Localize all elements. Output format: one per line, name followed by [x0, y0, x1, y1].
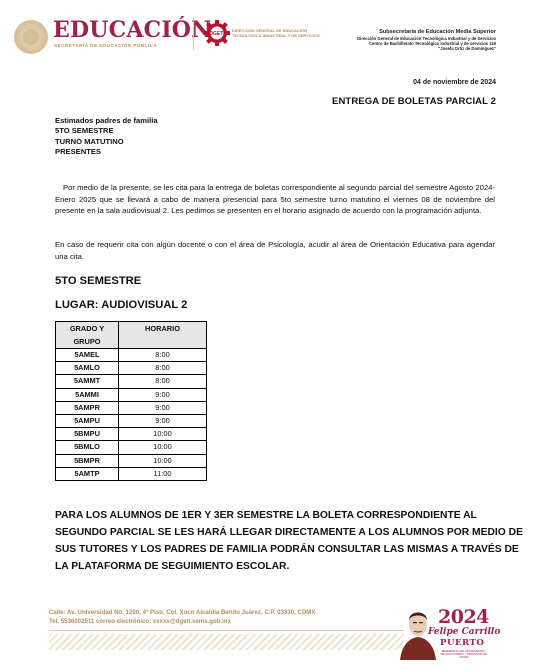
group-cell: 5AMPR: [56, 401, 119, 414]
time-cell: 8:00: [119, 349, 207, 362]
honoree-name-line-1: Felipe Carrillo: [428, 627, 500, 637]
schedule-table-body: 5AMEL8:005AMLO8:005AMMT8:005AMMI9:005AMP…: [56, 349, 207, 481]
honoree-name-line-2: PUERTO: [440, 638, 484, 648]
table-row: 5AMTP11:00: [56, 467, 207, 480]
table-row: 5AMMI9:00: [56, 388, 207, 401]
svg-text:DGETI: DGETI: [209, 31, 225, 37]
column-header-time: HORARIO: [119, 322, 207, 349]
body-paragraph-2: En caso de requerir cita con algún docen…: [55, 239, 495, 262]
footer-address-block: Calle: Av. Universidad No. 1200, 4° Piso…: [49, 609, 315, 626]
table-row: 5BMPU10:00: [56, 428, 207, 441]
dgeti-gear-logo-icon: DGETI: [204, 20, 230, 46]
group-cell: 5BMLO: [56, 441, 119, 454]
column-header-group: GRADO Y GRUPO: [56, 322, 119, 349]
group-cell: 5BMPU: [56, 428, 119, 441]
footer-contact: Tel. 5536002511 correo electrónico: xxxx…: [49, 618, 315, 627]
agency-title: EDUCACIÓN: [53, 18, 212, 42]
document-title: ENTREGA DE BOLETAS PARCIAL 2: [332, 96, 496, 107]
time-cell: 8:00: [119, 375, 207, 388]
greeting-line: TURNO MATUTINO: [55, 137, 158, 147]
time-cell: 10:00: [119, 428, 207, 441]
group-cell: 5AMLO: [56, 362, 119, 375]
schedule-table: GRADO Y GRUPO HORARIO 5AMEL8:005AMLO8:00…: [55, 321, 207, 481]
dgeti-line-2: TECNOLÓGICA INDUSTRIAL Y DE SERVICIOS: [232, 33, 320, 38]
time-cell: 10:00: [119, 454, 207, 467]
time-cell: 9:00: [119, 388, 207, 401]
notice-paragraph: PARA LOS ALUMNOS DE 1ER Y 3ER SEMESTRE L…: [55, 507, 525, 575]
time-cell: 11:00: [119, 467, 207, 480]
time-cell: 9:00: [119, 415, 207, 428]
institution-block: Subsecretaría de Educación Media Superio…: [357, 29, 496, 51]
table-row: 5AMEL8:00: [56, 349, 207, 362]
institution-line-1: Subsecretaría de Educación Media Superio…: [357, 29, 496, 36]
dgeti-name: DIRECCIÓN GENERAL DE EDUCACIÓN TECNOLÓGI…: [232, 28, 320, 38]
group-cell: 5AMMI: [56, 388, 119, 401]
document-date: 04 de noviembre de 2024: [413, 79, 496, 86]
greeting-line: 5TO SEMESTRE: [55, 126, 158, 136]
footer-divider: [49, 630, 404, 631]
location-heading: LUGAR: AUDIOVISUAL 2: [55, 299, 187, 311]
time-cell: 10:00: [119, 441, 207, 454]
greeting-line: Estimados padres de familia: [55, 116, 158, 126]
table-row: 5BMPR10:00: [56, 454, 207, 467]
table-row: 5BMLO10:00: [56, 441, 207, 454]
group-cell: 5AMEL: [56, 349, 119, 362]
greeting-block: Estimados padres de familia 5TO SEMESTRE…: [55, 116, 158, 158]
year-2024-logo: 2024: [438, 607, 489, 627]
group-cell: 5AMTP: [56, 467, 119, 480]
table-row: 5AMPR9:00: [56, 401, 207, 414]
group-cell: 5AMMT: [56, 375, 119, 388]
group-cell: 5AMPU: [56, 415, 119, 428]
header-divider: [193, 18, 194, 50]
time-cell: 9:00: [119, 401, 207, 414]
footer-address: Calle: Av. Universidad No. 1200, 4° Piso…: [49, 609, 315, 618]
agency-subtitle: SECRETARÍA DE EDUCACIÓN PÚBLICA: [54, 43, 157, 48]
table-header-row: GRADO Y GRUPO HORARIO: [56, 322, 207, 349]
table-row: 5AMPU9:00: [56, 415, 207, 428]
mexico-coat-of-arms-seal-icon: [14, 20, 48, 54]
greeting-line: PRESENTES: [55, 147, 158, 157]
body-paragraph-1: Por medio de la presente, se les cita pa…: [55, 182, 495, 217]
table-row: 5AMLO8:00: [56, 362, 207, 375]
institution-line-4: "Josefa Ortiz de Domínguez": [357, 46, 496, 51]
group-cell: 5BMPR: [56, 454, 119, 467]
footer-decorative-pattern: [49, 634, 404, 650]
time-cell: 8:00: [119, 362, 207, 375]
honoree-caption: BENEMÉRITO DEL PROLETARIADO, REVOLUCIONA…: [440, 650, 488, 659]
table-row: 5AMMT8:00: [56, 375, 207, 388]
section-heading: 5TO SEMESTRE: [55, 275, 141, 287]
